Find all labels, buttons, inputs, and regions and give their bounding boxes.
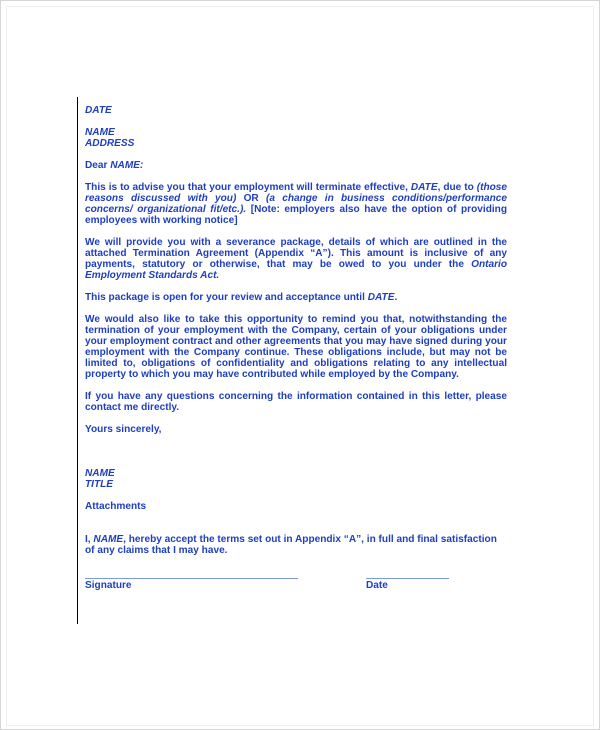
text: , due to (438, 182, 477, 193)
salutation-name: NAME: (110, 160, 143, 171)
left-margin-line (77, 97, 78, 624)
termination-paragraph: This is to advise you that your employme… (85, 182, 507, 226)
acceptor-name-placeholder: NAME (93, 534, 123, 545)
deadline-date-placeholder: DATE (368, 292, 395, 303)
recipient-block: NAME ADDRESS (85, 127, 507, 149)
date-placeholder: DATE (85, 105, 112, 116)
termination-date-placeholder: DATE (411, 182, 438, 193)
signature-row: Signature Date (85, 578, 507, 602)
text: This package is open for your review and… (85, 292, 368, 303)
recipient-address: ADDRESS (85, 138, 507, 149)
recipient-name: NAME (85, 127, 507, 138)
contact-paragraph: If you have any questions concerning the… (85, 391, 507, 413)
spacer (85, 457, 507, 468)
date-label: Date (366, 580, 388, 591)
attachments-label: Attachments (85, 501, 507, 512)
sender-title: TITLE (85, 479, 507, 490)
acceptance-statement: I, NAME, hereby accept the terms set out… (85, 534, 507, 556)
text: We will provide you with a severance pac… (85, 237, 507, 270)
salutation: Dear NAME: (85, 160, 507, 171)
letter-body: DATE NAME ADDRESS Dear NAME: This is to … (85, 105, 507, 602)
signature-line (85, 578, 298, 579)
obligations-paragraph: We would also like to take this opportun… (85, 314, 507, 380)
text: OR (236, 193, 266, 204)
text: This is to advise you that your employme… (85, 182, 411, 193)
sender-block: NAME TITLE (85, 468, 507, 490)
signature-label: Signature (85, 580, 132, 591)
letter-date: DATE (85, 105, 507, 116)
severance-paragraph: We will provide you with a severance pac… (85, 237, 507, 281)
acceptance-deadline-paragraph: This package is open for your review and… (85, 292, 507, 303)
salutation-prefix: Dear (85, 160, 110, 171)
text: . (394, 292, 397, 303)
sender-name: NAME (85, 468, 507, 479)
spacer (85, 446, 507, 457)
spacer (85, 523, 507, 534)
closing: Yours sincerely, (85, 424, 507, 435)
date-line (366, 578, 449, 579)
text: , hereby accept the terms set out in App… (85, 534, 497, 556)
